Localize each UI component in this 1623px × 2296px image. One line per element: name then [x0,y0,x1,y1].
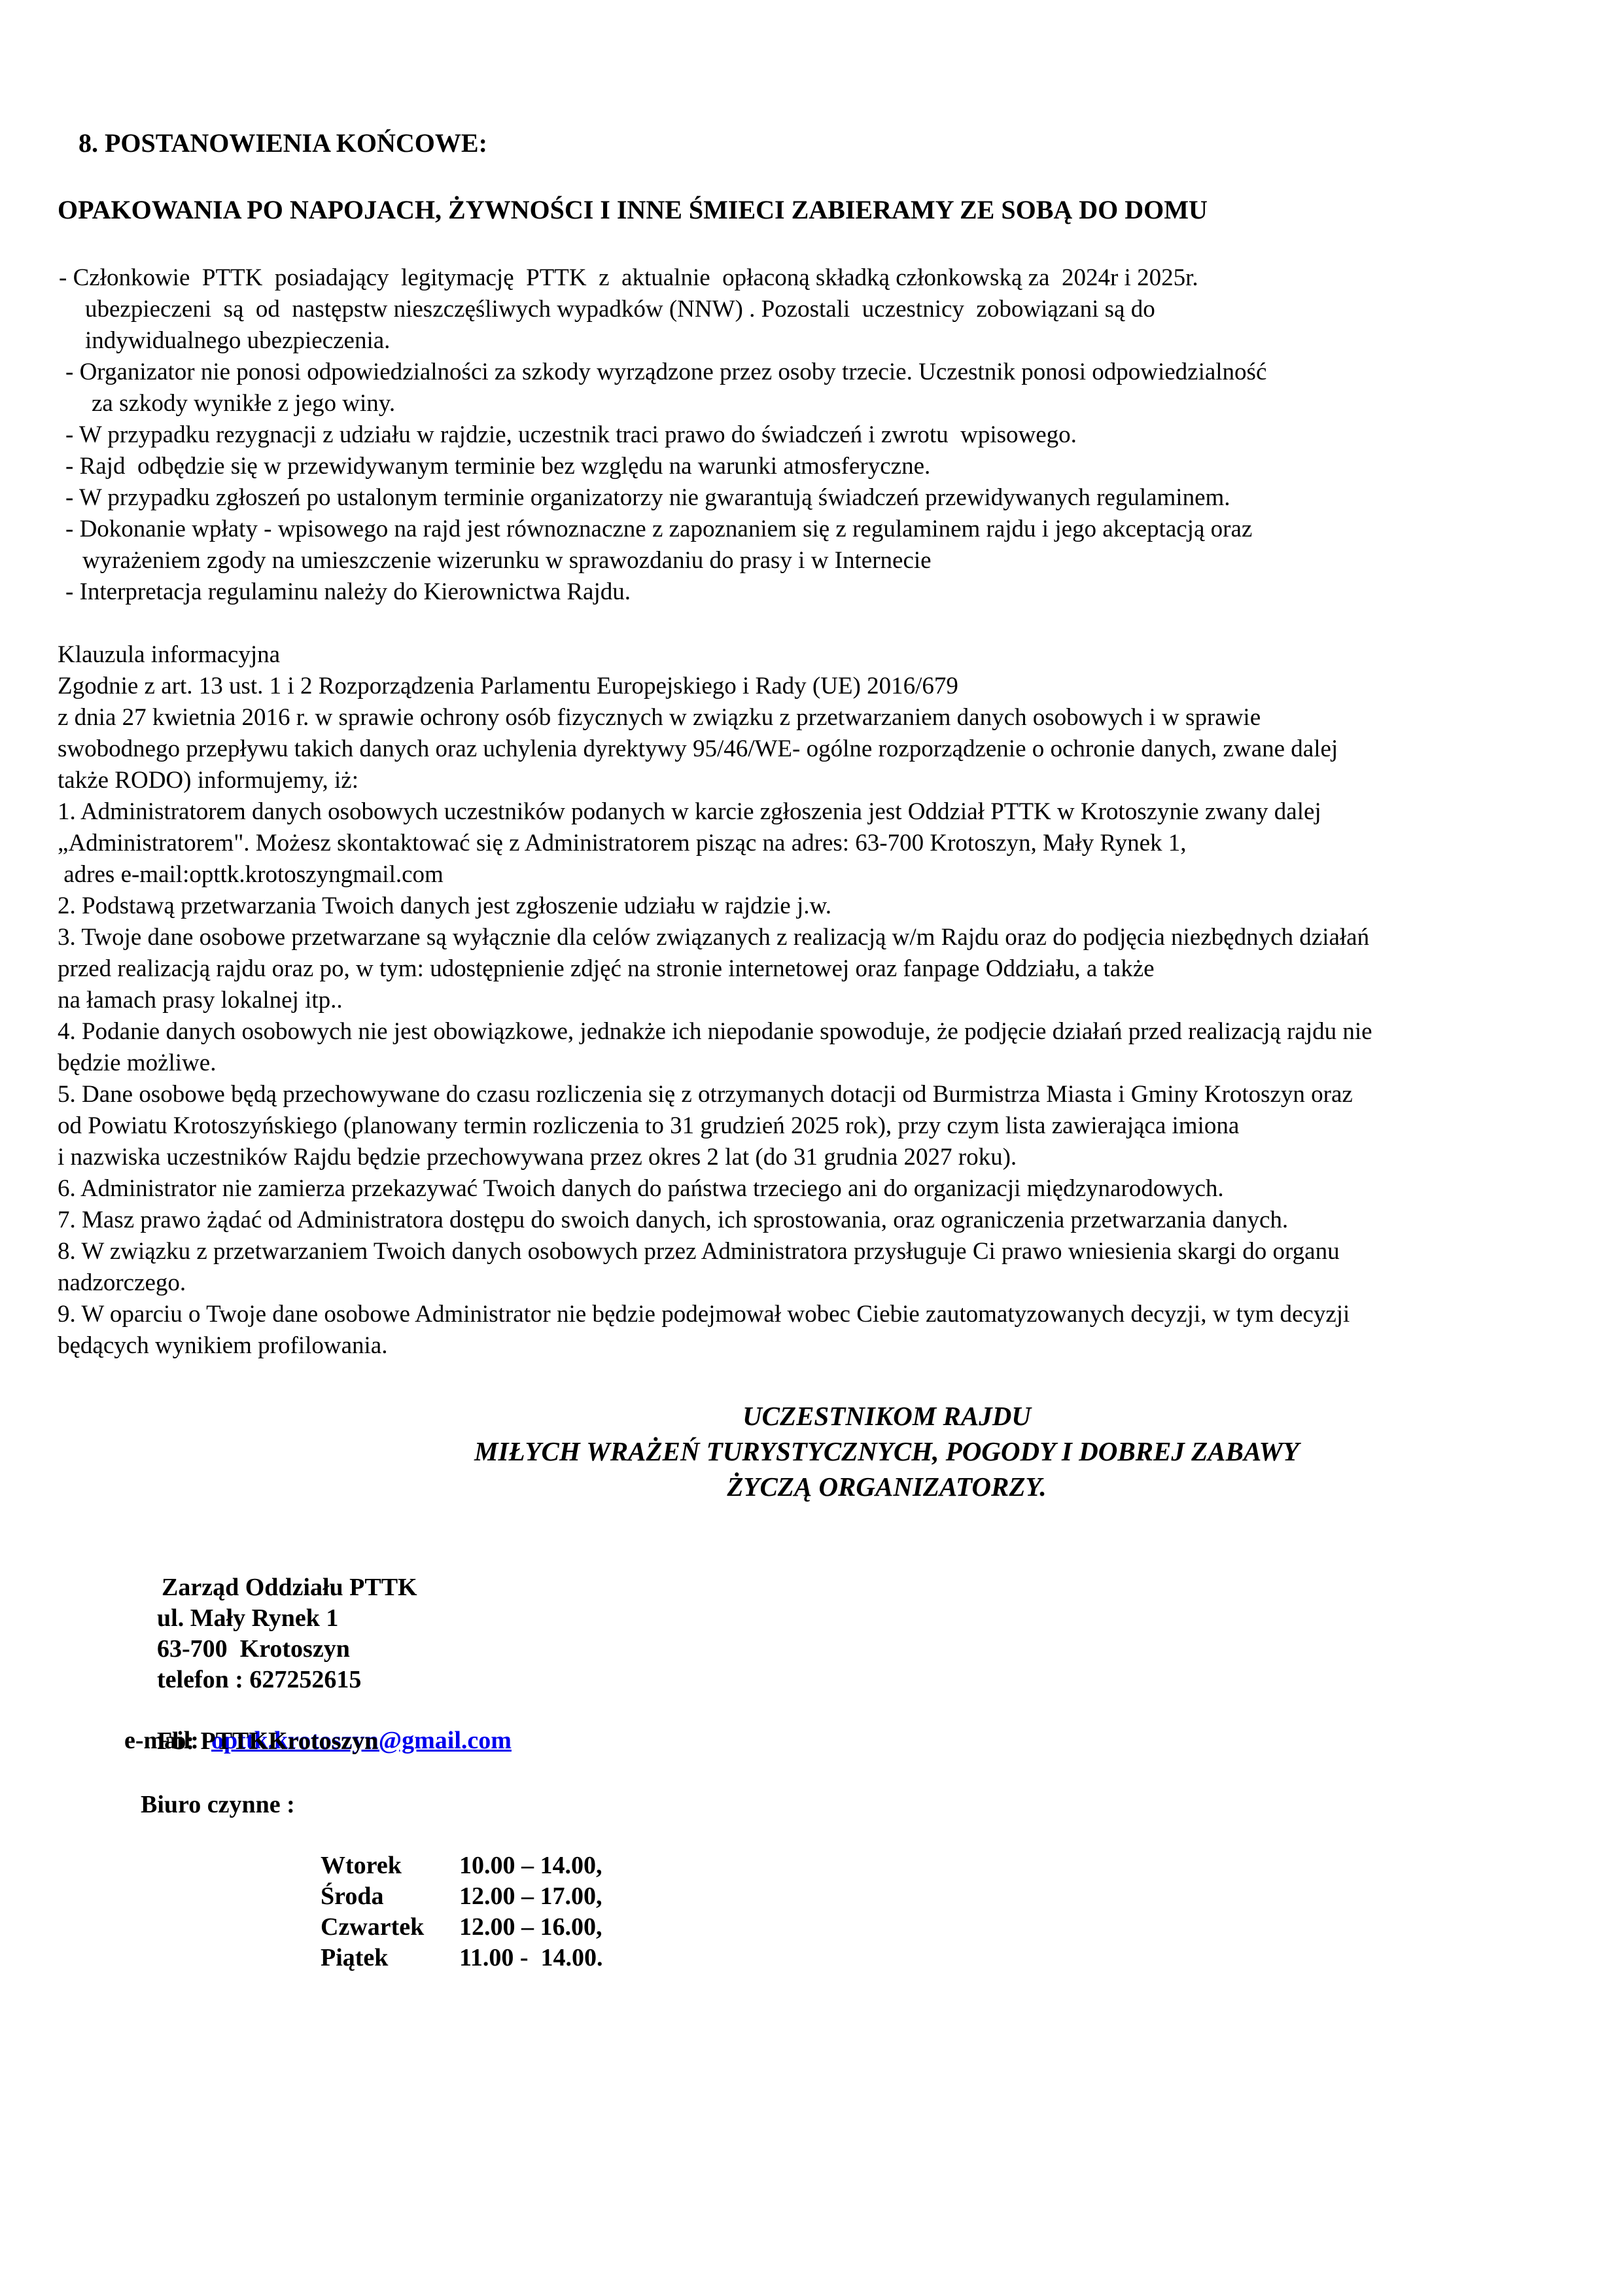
rule-line: - Członkowie PTTK posiadający legitymacj… [59,264,1198,292]
gdpr-line: nadzorczego. [58,1269,186,1297]
rule-line: - Interpretacja regulaminu należy do Kie… [65,578,631,606]
rule-line: - Organizator nie ponosi odpowiedzialnoś… [65,359,1266,386]
gdpr-line: z dnia 27 kwietnia 2016 r. w sprawie och… [58,704,1261,732]
rule-line: wyrażeniem zgody na umieszczenie wizerun… [82,547,932,574]
street-address: ul. Mały Rynek 1 [157,1603,338,1633]
gdpr-line: 8. W związku z przetwarzaniem Twoich dan… [58,1238,1340,1265]
rule-line: - Dokonanie wpłaty - wpisowego na rajd j… [65,516,1252,543]
waste-notice: OPAKOWANIA PO NAPOJACH, ŻYWNOŚCI I INNE … [58,196,1208,224]
office-hours-title: Biuro czynne : [141,1790,295,1820]
rule-line: - Rajd odbędzie się w przewidywanym term… [65,453,930,480]
gdpr-line: 5. Dane osobowe będą przechowywane do cz… [58,1081,1353,1108]
city-postcode: 63-700 Krotoszyn [157,1634,350,1664]
gdpr-line: będzie możliwe. [58,1050,216,1077]
wish-line: UCZESTNIKOM RAJDU [0,1400,1623,1432]
gdpr-line: „Administratorem". Możesz skontaktować s… [58,830,1187,857]
rule-line: - W przypadku zgłoszeń po ustalonym term… [65,484,1230,512]
gdpr-line: 9. W oparciu o Twoje dane osobowe Admini… [58,1301,1350,1328]
rule-line: ubezpieczeni są od następstw nieszczęśli… [85,296,1155,323]
office-hours-row: Piątek11.00 - 14.00. [296,1913,603,2003]
wish-line: ŻYCZĄ ORGANIZATORZY. [0,1471,1623,1502]
gdpr-line: i nazwiska uczestników Rajdu będzie prze… [58,1144,1017,1171]
gdpr-line: adres e-mail:opttk.krotoszyngmail.com [58,861,444,889]
org-name: Zarząd Oddziału PTTK [162,1572,417,1602]
gdpr-line: Zgodnie z art. 13 ust. 1 i 2 Rozporządze… [58,673,958,700]
gdpr-line: 1. Administratorem danych osobowych ucze… [58,798,1321,826]
gdpr-title: Klauzula informacyjna [58,641,280,669]
rule-line: - W przypadku rezygnacji z udziału w raj… [65,421,1077,449]
gdpr-line: swobodnego przepływu takich danych oraz … [58,735,1338,763]
gdpr-line: 6. Administrator nie zamierza przekazywa… [58,1175,1224,1203]
gdpr-line: będących wynikiem profilowania. [58,1332,387,1360]
gdpr-line: 4. Podanie danych osobowych nie jest obo… [58,1018,1372,1046]
gdpr-line: 7. Masz prawo żądać od Administratora do… [58,1207,1288,1234]
phone-number: telefon : 627252615 [157,1665,361,1695]
gdpr-line: 2. Podstawą przetwarzania Twoich danych … [58,892,831,920]
gdpr-line: także RODO) informujemy, iż: [58,767,358,794]
section-heading: 8. POSTANOWIENIA KOŃCOWE: [79,130,487,157]
wish-line: MIŁYCH WRAŻEŃ TURYSTYCZNYCH, POGODY I DO… [0,1436,1623,1467]
facebook-handle: Fb: PTTKKrotoszyn [157,1726,378,1756]
gdpr-line: przed realizacją rajdu oraz po, w tym: u… [58,955,1155,983]
gdpr-line: od Powiatu Krotoszyńskiego (planowany te… [58,1112,1239,1140]
weekday: Piątek [321,1943,459,1973]
rule-line: indywidualnego ubezpieczenia. [85,327,390,355]
gdpr-line: na łamach prasy lokalnej itp.. [58,987,343,1014]
hours: 11.00 - 14.00. [459,1944,603,1971]
rule-line: za szkody wynikłe z jego winy. [92,390,395,417]
gdpr-line: 3. Twoje dane osobowe przetwarzane są wy… [58,924,1369,951]
